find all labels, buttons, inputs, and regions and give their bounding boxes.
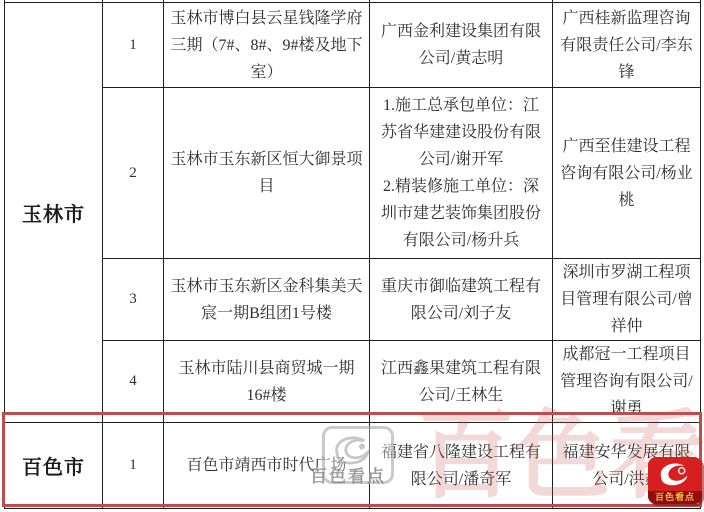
- index-cell: 1: [103, 423, 164, 509]
- document-page: 玉林市 1 玉林市博白县云星钱隆学府三期（7#、8#、9#楼及地下室） 广西金利…: [0, 0, 704, 512]
- swirl-icon: [657, 460, 695, 489]
- city-cell-yulin: 玉林市: [5, 3, 103, 423]
- table-row: 3 玉林市玉东新区金科集美天宸一期B组团1号楼 重庆市御临建筑工程有限公司/刘子…: [5, 259, 701, 341]
- project-cell: 玉林市博白县云星钱隆学府三期（7#、8#、9#楼及地下室）: [164, 3, 370, 88]
- table-row: 4 玉林市陆川县商贸城一期16#楼 江西鑫果建筑工程有限公司/王林生 成都冠一工…: [5, 341, 701, 423]
- table-row-highlighted: 百色市 1 百色市靖西市时代广场 福建省八隆建设工程有限公司/潘奇军 福建安华发…: [5, 423, 701, 509]
- city-cell-baise: 百色市: [5, 423, 103, 509]
- index-cell: 3: [103, 259, 164, 341]
- project-cell: 玉林市玉东新区恒大御景项目: [164, 88, 370, 259]
- project-cell: 玉林市陆川县商贸城一期16#楼: [164, 341, 370, 423]
- supervisor-cell: 深圳市罗湖工程项目管理有限公司/曾祥仲: [553, 259, 701, 341]
- supervisor-cell: 成都冠一工程项目管理咨询有限公司/谢勇: [553, 341, 701, 423]
- supervisor-cell: 广西桂新监理咨询有限责任公司/李东锋: [553, 3, 701, 88]
- index-cell: 4: [103, 341, 164, 423]
- contractor-cell: 广西金利建设集团有限公司/黄志明: [370, 3, 553, 88]
- project-cell: 百色市靖西市时代广场: [164, 423, 370, 509]
- construction-projects-table: 玉林市 1 玉林市博白县云星钱隆学府三期（7#、8#、9#楼及地下室） 广西金利…: [4, 0, 701, 509]
- index-cell: 2: [103, 88, 164, 259]
- contractor-cell: 1.施工总承包单位：江苏省华建建设股份有限公司/谢开军 2.精装修施工单位：深圳…: [370, 88, 553, 259]
- project-cell: 玉林市玉东新区金科集美天宸一期B组团1号楼: [164, 259, 370, 341]
- table-row: 玉林市 1 玉林市博白县云星钱隆学府三期（7#、8#、9#楼及地下室） 广西金利…: [5, 3, 701, 88]
- table-row: 2 玉林市玉东新区恒大御景项目 1.施工总承包单位：江苏省华建建设股份有限公司/…: [5, 88, 701, 259]
- contractor-line-1: 1.施工总承包单位：江苏省华建建设股份有限公司/谢开军: [376, 92, 546, 173]
- supervisor-cell: 广西至佳建设工程咨询有限公司/杨业桃: [553, 88, 701, 259]
- contractor-cell: 江西鑫果建筑工程有限公司/王林生: [370, 341, 553, 423]
- watermark-badge-logo: 百色看点: [648, 457, 702, 504]
- index-cell: 1: [103, 3, 164, 88]
- contractor-cell: 重庆市御临建筑工程有限公司/刘子友: [370, 259, 553, 341]
- contractor-line-2: 2.精装修施工单位：深圳市建艺装饰集团股份有限公司/杨升兵: [376, 173, 546, 254]
- badge-site-name: 百色看点: [648, 491, 702, 504]
- contractor-cell: 福建省八隆建设工程有限公司/潘奇军: [370, 423, 553, 509]
